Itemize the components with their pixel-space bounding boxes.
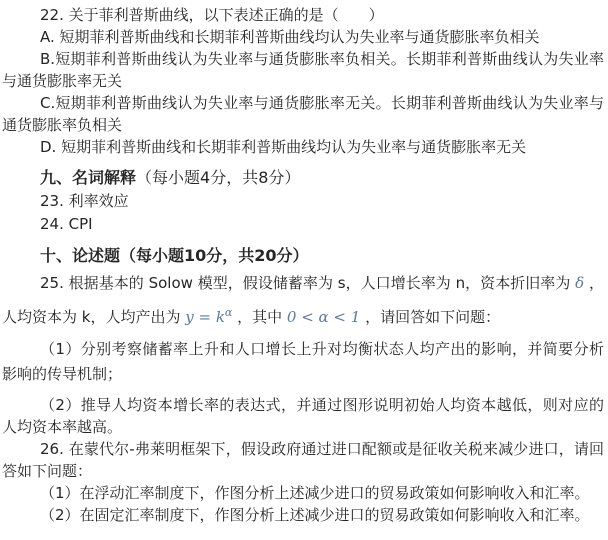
section-10-heading: 十、论述题（每小题10分，共20分） [2, 244, 604, 268]
question-26-sub-2: （2）在固定汇率制度下，作图分析上述减少进口的贸易政策如何影响收入和汇率。 [2, 504, 604, 526]
section-10-points: （每小题10分，共20分） [120, 246, 309, 265]
question-22-block: 22. 关于菲利普斯曲线，以下表述正确的是（ ） A. 短期菲利普斯曲线和长期菲… [2, 4, 604, 158]
question-23: 23. 利率效应 [2, 190, 604, 213]
question-22-option-b: B.短期菲利普斯曲线认为失业率与通货膨胀率负相关。长期菲利普斯曲线认为失业率与通… [2, 48, 604, 92]
question-25-stem: 25. 根据基本的 Solow 模型，假设储蓄率为 s，人口增长率为 n，资本折… [2, 268, 604, 332]
question-22-option-a: A. 短期菲利普斯曲线和长期菲利普斯曲线均认为失业率与通货膨胀率负相关 [2, 26, 604, 48]
question-22-option-d: D. 短期菲利普斯曲线和长期菲利普斯曲线均认为失业率与通货膨胀率无关 [2, 136, 604, 158]
alpha-range-formula: 0 < α < 1 [287, 308, 360, 326]
delta-formula: δ [575, 274, 584, 292]
question-26-stem: 26. 在蒙代尔-弗莱明框架下，假设政府通过进口配额或是征收关税来减少进口，请回… [2, 438, 604, 482]
question-24: 24. CPI [2, 213, 604, 236]
output-formula: y = kα [185, 308, 232, 326]
output-formula-base: y = k [185, 308, 225, 326]
question-25-sub-1: （1）分别考察储蓄率上升和人口增长上升对均衡状态人均产出的影响，并简要分析影响的… [2, 337, 604, 387]
section-9-title: 九、名词解释 [40, 168, 136, 187]
question-26-sub-1: （1）在浮动汇率制度下，作图分析上述减少进口的贸易政策如何影响收入和汇率。 [2, 482, 604, 504]
question-25-text-4: ，请回答如下问题： [360, 308, 500, 326]
question-25-sub-2: （2）推导人均资本增长率的表达式，并通过图形说明初始人均资本越低，则对应的人均资… [2, 394, 604, 438]
question-25-text-1: 25. 根据基本的 Solow 模型，假设储蓄率为 s，人口增长率为 n，资本折… [40, 274, 575, 292]
question-22-stem: 22. 关于菲利普斯曲线，以下表述正确的是（ ） [2, 4, 604, 26]
section-10-title: 十、论述题 [40, 246, 120, 265]
exam-document-page: 22. 关于菲利普斯曲线，以下表述正确的是（ ） A. 短期菲利普斯曲线和长期菲… [0, 0, 608, 540]
question-25-text-3: ，其中 [232, 308, 287, 326]
question-22-option-c: C.短期菲利普斯曲线认为失业率与通货膨胀率无关。长期菲利普斯曲线认为失业率与通货… [2, 92, 604, 136]
section-9-heading: 九、名词解释（每小题4分，共8分） [2, 166, 604, 190]
section-9-points: （每小题4分，共8分） [136, 168, 300, 187]
